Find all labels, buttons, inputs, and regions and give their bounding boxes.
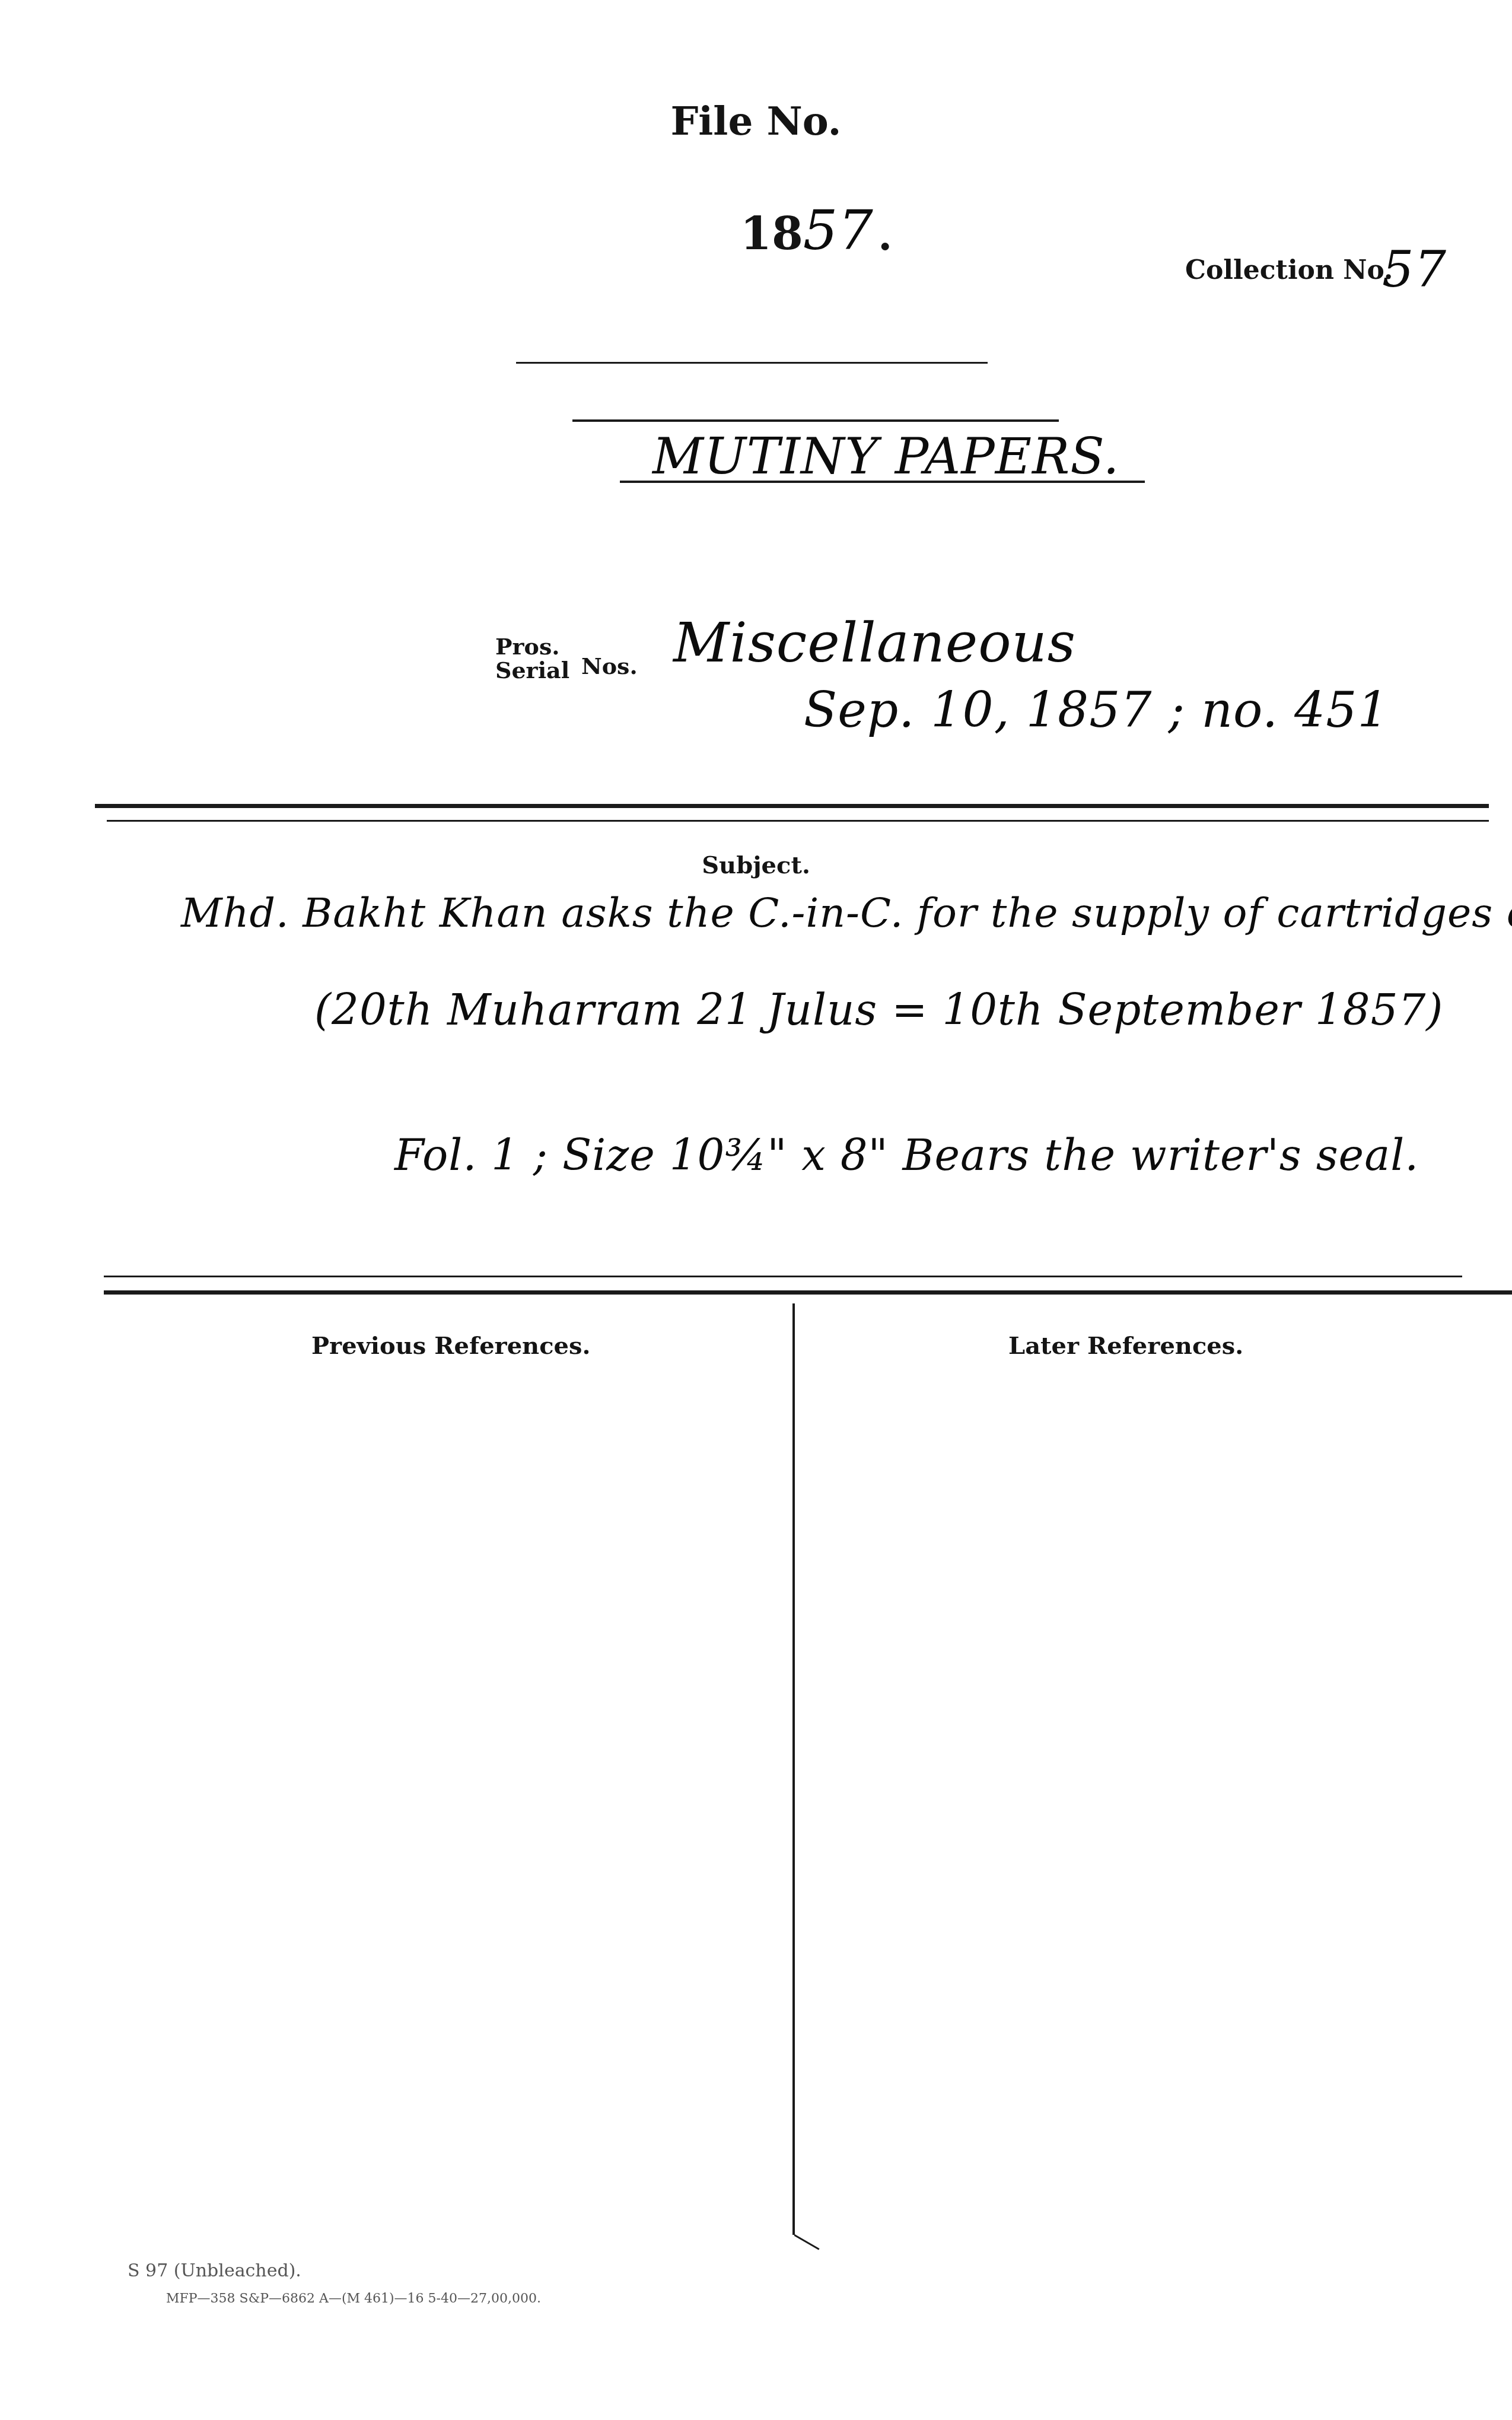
section-rule-thick bbox=[95, 804, 1489, 808]
column-divider-tail bbox=[794, 2234, 820, 2250]
section-rule-thin bbox=[104, 1276, 1462, 1277]
divider-rule bbox=[516, 362, 988, 364]
pros-serial-label: Pros. Serial bbox=[495, 635, 569, 682]
divider-rule bbox=[572, 419, 1059, 422]
collection-number-value: 57 bbox=[1382, 240, 1447, 298]
file-number-printed: 18 bbox=[740, 207, 803, 260]
form-code: S 97 (Unbleached). bbox=[128, 2260, 301, 2281]
subject-line: Mhd. Bakht Khan asks the C.-in-C. for th… bbox=[181, 890, 1512, 937]
previous-references-label: Previous References. bbox=[311, 1332, 590, 1360]
title-underline bbox=[620, 481, 1145, 483]
nos-label: Nos. bbox=[581, 653, 638, 679]
pros-label: Pros. bbox=[495, 635, 569, 659]
later-references-label: Later References. bbox=[1008, 1332, 1243, 1360]
subject-label: Subject. bbox=[0, 851, 1512, 879]
file-number-value: 1857 bbox=[740, 199, 874, 262]
serial-label: Serial bbox=[495, 659, 569, 682]
column-divider bbox=[792, 1303, 795, 2235]
file-number-label: File No. bbox=[0, 98, 1512, 144]
date-and-number-value: Sep. 10, 1857 ; no. 451 bbox=[804, 682, 1389, 739]
printer-imprint: MFP—358 S&P—6862 A—(M 461)—16 5-40—27,00… bbox=[166, 2291, 541, 2306]
subject-line: Fol. 1 ; Size 10¾" x 8" Bears the writer… bbox=[394, 1130, 1419, 1180]
category-value: Miscellaneous bbox=[673, 611, 1076, 675]
subject-line: (20th Muharram 21 Julus = 10th September… bbox=[314, 985, 1443, 1035]
file-number-handwritten: 57 bbox=[803, 199, 874, 262]
file-number-dot: . bbox=[878, 211, 892, 260]
section-rule-thin bbox=[107, 820, 1489, 822]
section-rule-thick bbox=[104, 1290, 1512, 1295]
collection-number-label: Collection No. bbox=[1185, 255, 1393, 285]
document-title: MUTINY PAPERS. bbox=[652, 427, 1119, 485]
